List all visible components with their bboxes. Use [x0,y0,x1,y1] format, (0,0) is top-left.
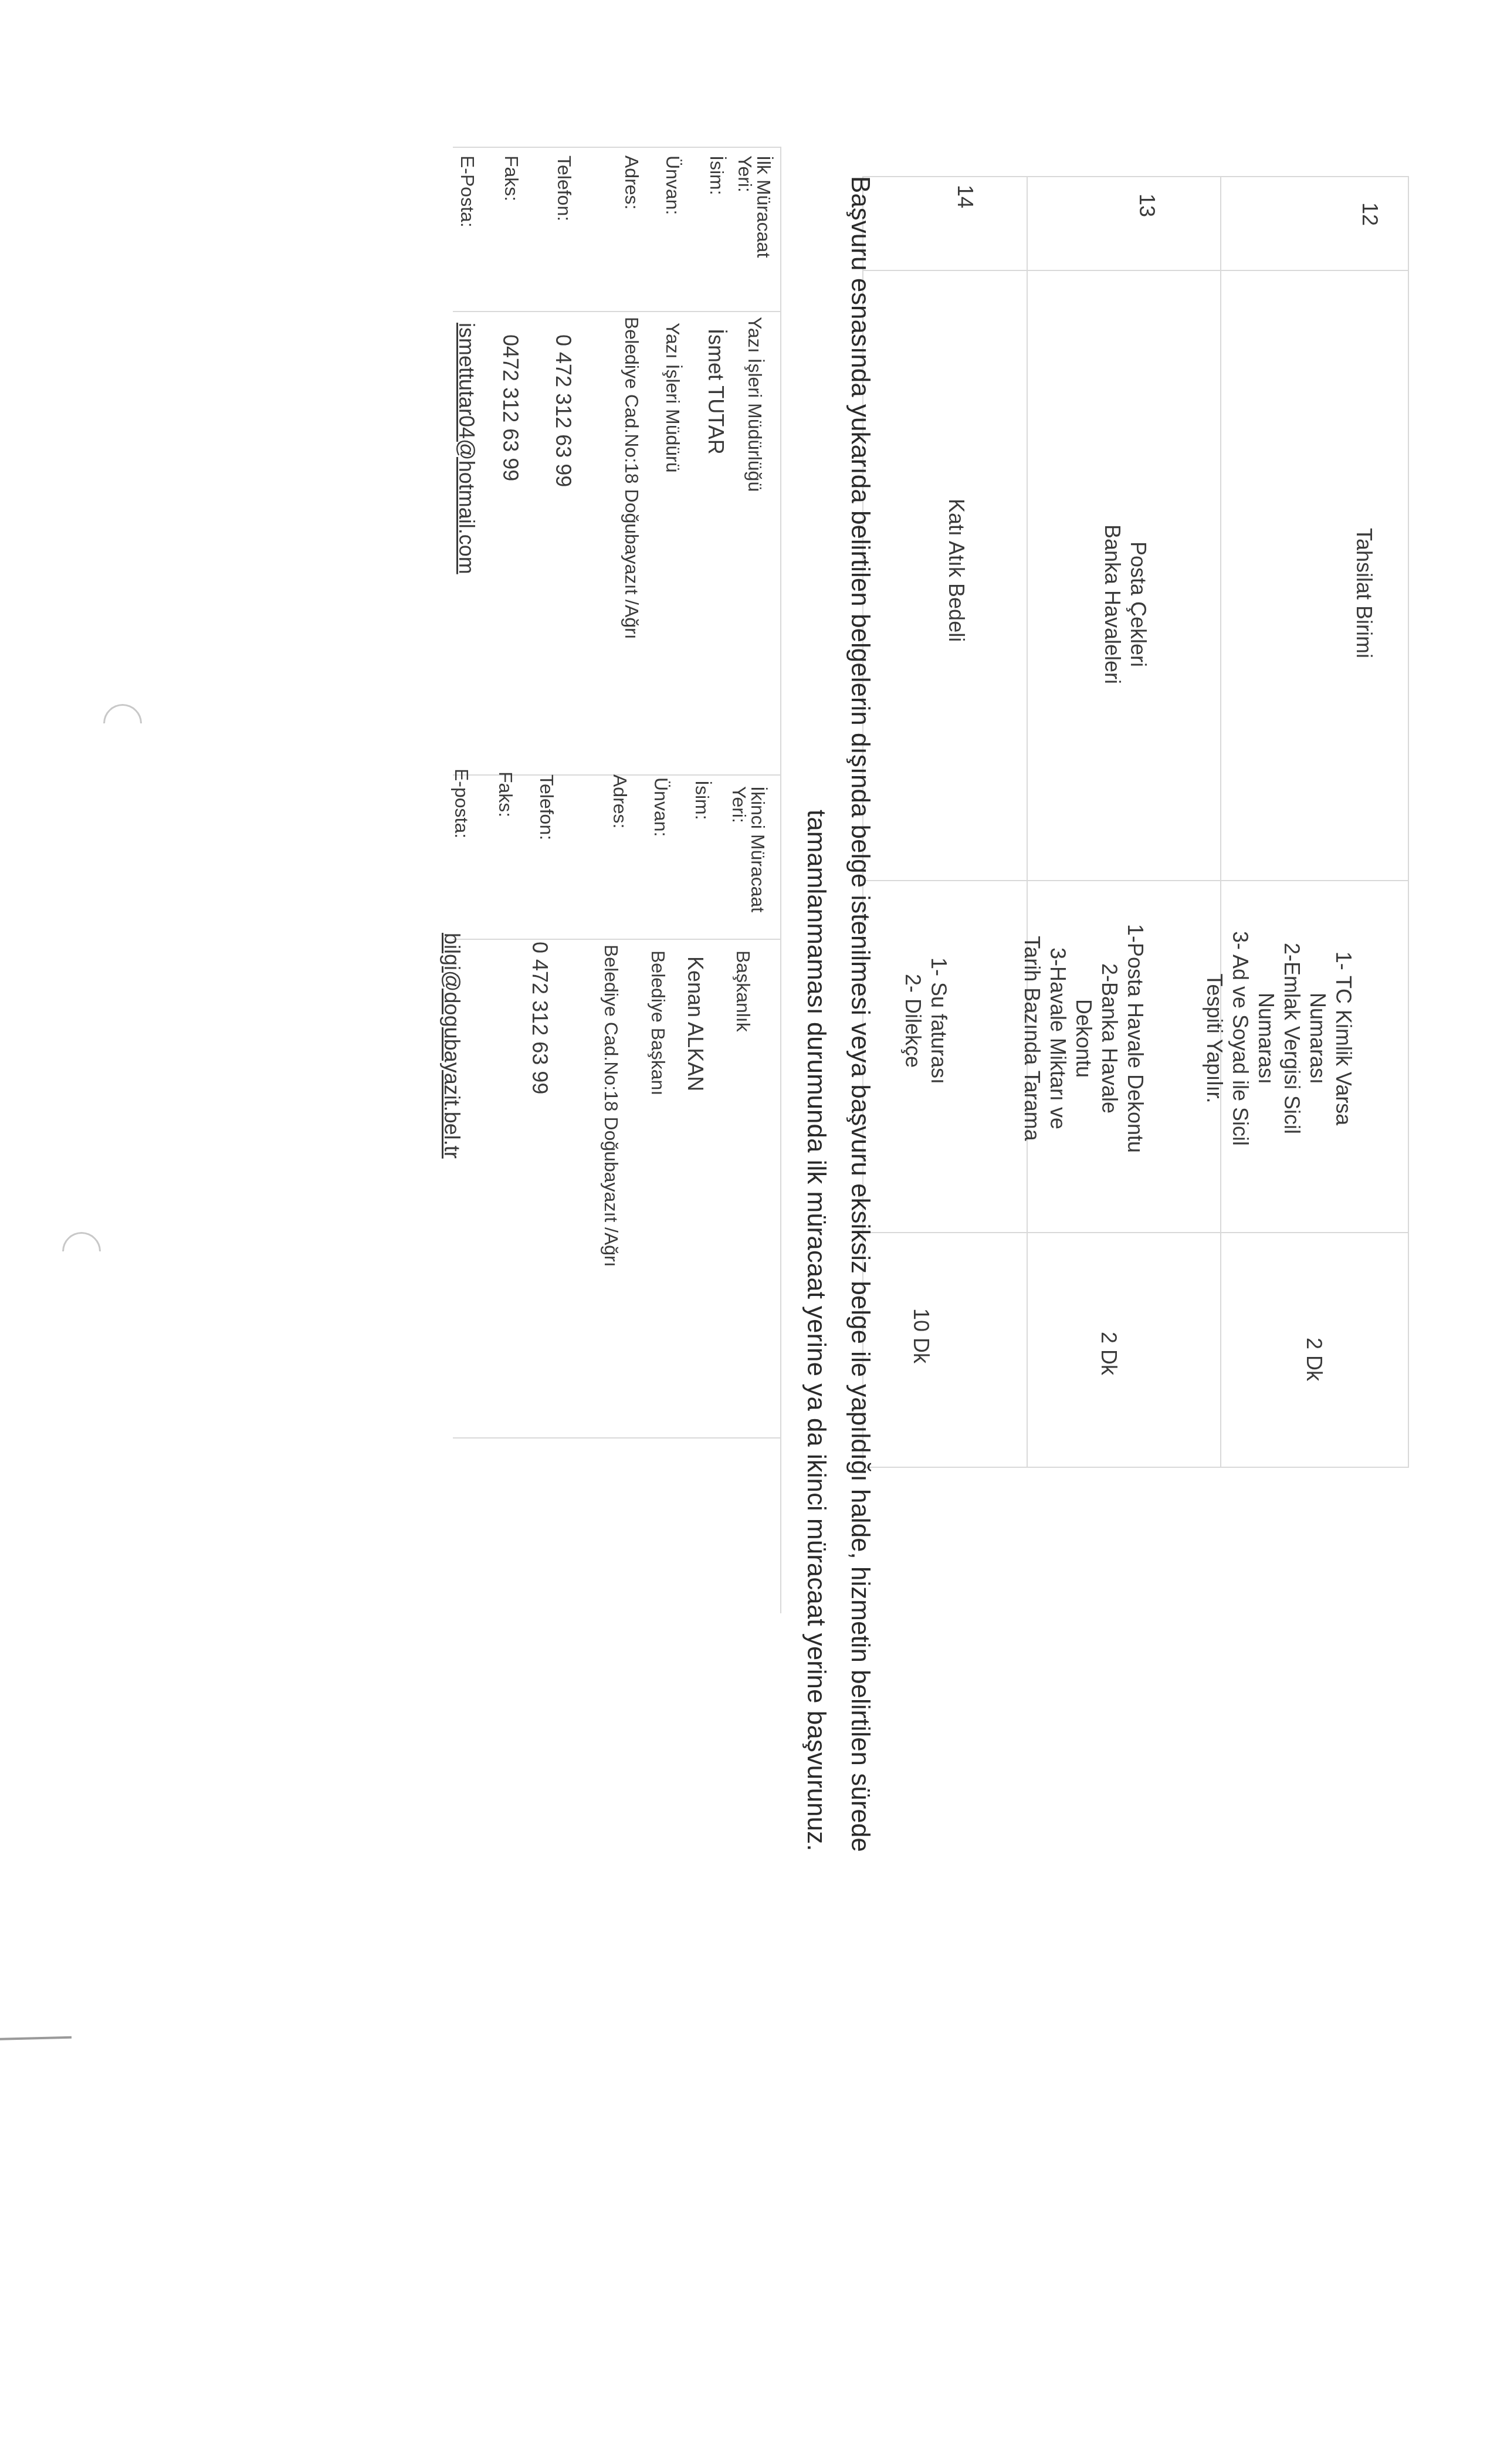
scan-artifact-arc [95,696,150,750]
first-email-link[interactable]: ismettutar04@hotmail.com [453,323,479,574]
second-phone-label: Telefon: [535,774,558,840]
required-documents: 1- Su faturası 2- Dilekçe [900,915,951,1126]
second-contact-place: Başkanlık [731,950,755,1032]
table-border [863,270,1409,271]
table-border [1220,176,1221,1467]
notice-line-2: tamamlanmaması durumunda ilk müracaat ye… [801,810,831,1851]
second-name: Kenan ALKAN [682,956,708,1091]
first-fax: 0472 312 63 99 [497,334,523,481]
first-contact-place: Yazı İşleri Müdürlüğü [743,317,767,492]
second-title-label: Ünvan: [649,777,673,837]
duration: 2 Dk [1301,1338,1327,1381]
notice-line-1: Başvuru esnasında yukarıda belirtilen be… [845,176,875,1852]
service-name: Tahsilat Birimi [1351,528,1377,658]
scan-artifact-arc [54,1224,109,1278]
row-number: 13 [1134,194,1160,217]
service-name: Katı Atık Bedeli [943,499,969,642]
scanned-document-page: 12 Tahsilat Birimi 1- TC Kimlik Varsa Nu… [0,0,1497,2464]
table-border [863,1232,1409,1233]
duration: 10 Dk [908,1308,934,1363]
second-name-label: İsim: [690,780,714,820]
first-address: Belediye Cad.No:18 Doğubayazıt /Ağrı [620,317,643,639]
first-address-label: Adres: [620,155,643,209]
table-border [453,311,781,312]
first-phone: 0 472 312 63 99 [550,334,576,487]
second-email-link[interactable]: bilgi@dogubayazit.bel.tr [439,933,465,1159]
table-border [453,147,781,148]
scan-artifact-line [0,2036,72,2044]
second-title: Belediye Başkanı [646,950,670,1095]
second-fax-label: Faks: [494,771,517,817]
service-name: Posta Çekleri Banka Havaleleri [1099,505,1151,704]
second-phone: 0 472 312 63 99 [527,942,553,1094]
row-number: 12 [1357,202,1383,226]
second-contact-heading-2: Yeri: [727,786,751,823]
table-border [1408,176,1409,1467]
first-email-label: E-Posta: [456,155,479,228]
table-border [863,1467,1409,1468]
first-contact-heading-2: Yeri: [733,155,757,192]
required-documents: 1-Posta Havale Dekontu 2-Banka Havale De… [1019,886,1148,1191]
first-name-label: İsim: [705,155,729,195]
first-name: İsmet TUTAR [703,329,729,455]
second-address: Belediye Cad.No:18 Doğubayazıt /Ağrı [600,945,623,1267]
second-address-label: Adres: [608,774,632,828]
table-border [863,176,1409,177]
second-email-label: E-posta: [450,769,473,838]
table-border [1027,176,1028,1467]
table-border [863,880,1409,881]
first-title: Yazı İşleri Müdürü [661,323,685,473]
first-title-label: Ünvan: [661,155,685,215]
duration: 2 Dk [1096,1332,1122,1375]
first-fax-label: Faks: [500,155,523,201]
first-phone-label: Telefon: [553,155,576,221]
table-border [453,1437,781,1439]
table-border [780,147,781,1613]
table-border [453,939,781,940]
required-documents: 1- TC Kimlik Varsa Numarası 2-Emlak Verg… [1201,898,1356,1179]
row-number: 14 [952,185,978,208]
